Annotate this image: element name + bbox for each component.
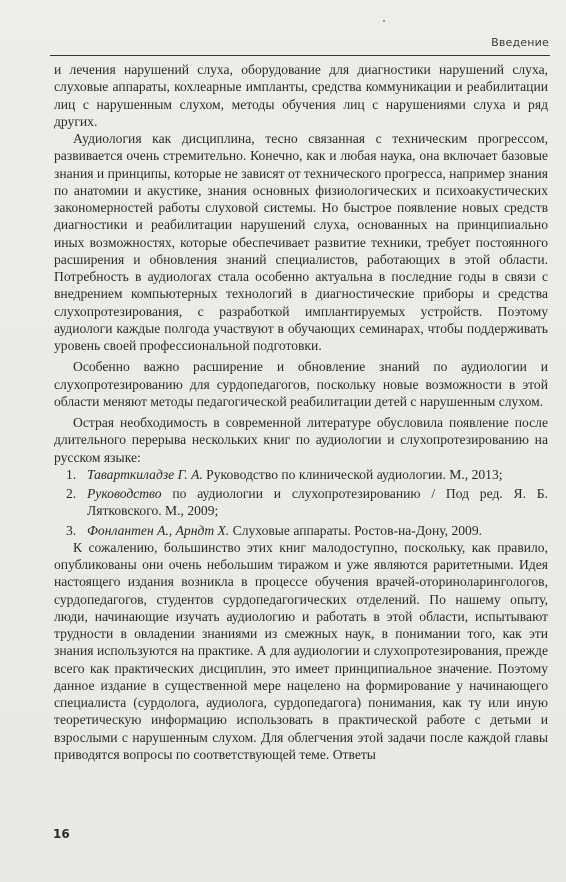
paragraph-continued: и лечения нарушений слуха, оборудование … (54, 61, 548, 130)
reference-author: Руководство (87, 486, 162, 501)
reference-number: 1. (66, 466, 76, 483)
paragraph-surdopedagogy: Особенно важно расширение и обновление з… (54, 358, 548, 410)
reference-item: 3.Фонлантен А., Арндт Х. Слуховые аппара… (54, 522, 548, 539)
page-number: 16 (53, 827, 70, 841)
paragraph-purpose: К сожалению, большинство этих книг малод… (54, 539, 548, 763)
paragraph-audiology-discipline: Аудиология как дисциплина, тесно связанн… (54, 130, 548, 354)
reference-title: Руководство по клинической аудиологии. М… (203, 467, 503, 482)
reference-author: Фонлантен А., Арндт Х. (87, 523, 229, 538)
reference-number: 3. (66, 522, 76, 539)
reference-item: 2.Руководство по аудиологии и слухопроте… (54, 485, 548, 520)
reference-author: Таварткиладзе Г. А. (87, 467, 203, 482)
running-header: Введение (491, 36, 549, 49)
reference-number: 2. (66, 485, 76, 502)
reference-item: 1.Таварткиладзе Г. А. Руководство по кли… (54, 466, 548, 483)
body-text: и лечения нарушений слуха, оборудование … (54, 61, 548, 763)
print-speck (383, 20, 385, 22)
header-rule (50, 55, 550, 56)
book-page: Введение и лечения нарушений слуха, обор… (0, 0, 566, 882)
reference-title: Слуховые аппараты. Ростов-на-Дону, 2009. (229, 523, 482, 538)
paragraph-literature-need: Острая необходимость в современной литер… (54, 414, 548, 466)
reference-list: 1.Таварткиладзе Г. А. Руководство по кли… (54, 466, 548, 539)
